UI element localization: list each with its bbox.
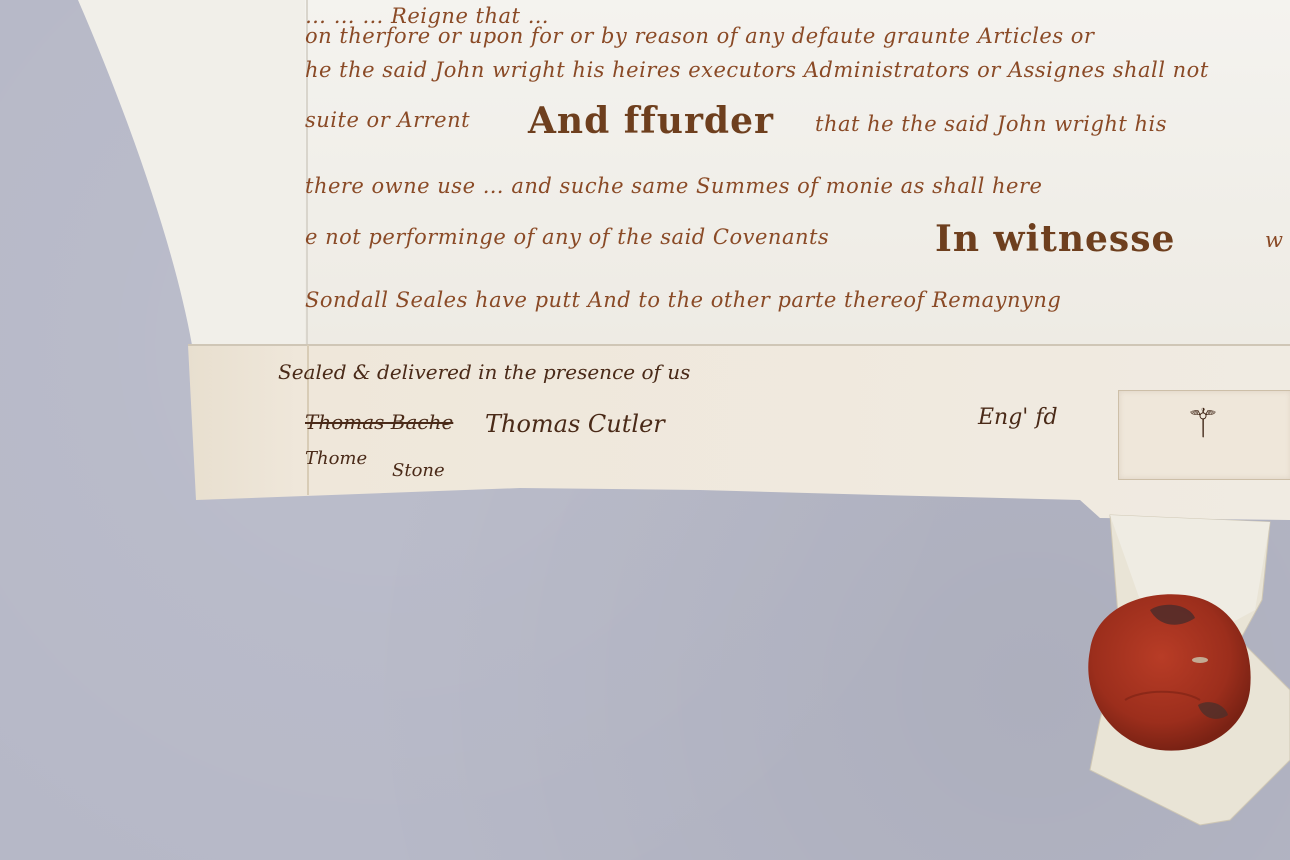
text-line-3: he the said John wright his heires execu… — [305, 58, 1209, 82]
manuscript-photo: … … … Reigne that … on therfore or upon … — [0, 0, 1290, 860]
witness-name-stone: Stone — [392, 460, 445, 481]
and-furder-heading: And ffurder — [528, 100, 774, 142]
text-line-2: on therfore or upon for or by reason of … — [305, 24, 1094, 48]
in-witnesse-heading: In witnesse — [935, 218, 1175, 260]
text-line-4-end: that he the said John wright his — [815, 112, 1167, 136]
parchment-sheet: … … … Reigne that … on therfore or upon … — [0, 0, 1290, 520]
text-line-4-start: suite or Arrent — [305, 108, 470, 132]
text-line-4: suite or Arrent — [305, 108, 470, 132]
text-line-6: e not performinge of any of the said Cov… — [305, 225, 829, 249]
witness-signature-thomas-cutler: Thomas Cutler — [485, 410, 665, 438]
signatory-mark-box: ⚚ — [1118, 390, 1290, 480]
text-line-5: there owne use … and suche same Summes o… — [305, 174, 1042, 198]
struck-witness-name: Thomas Bache — [305, 410, 453, 434]
endorsement-note: Eng' fd — [978, 405, 1058, 430]
text-line-7: Sondall Seales have putt And to the othe… — [305, 288, 1061, 312]
text-line-6-end: w — [1265, 228, 1283, 252]
sealed-delivered-note: Sealed & delivered in the presence of us — [278, 360, 690, 384]
witness-name-thome: Thome — [305, 448, 367, 469]
wax-seal — [1070, 510, 1290, 840]
signatory-mark-icon: ⚚ — [1185, 401, 1221, 447]
